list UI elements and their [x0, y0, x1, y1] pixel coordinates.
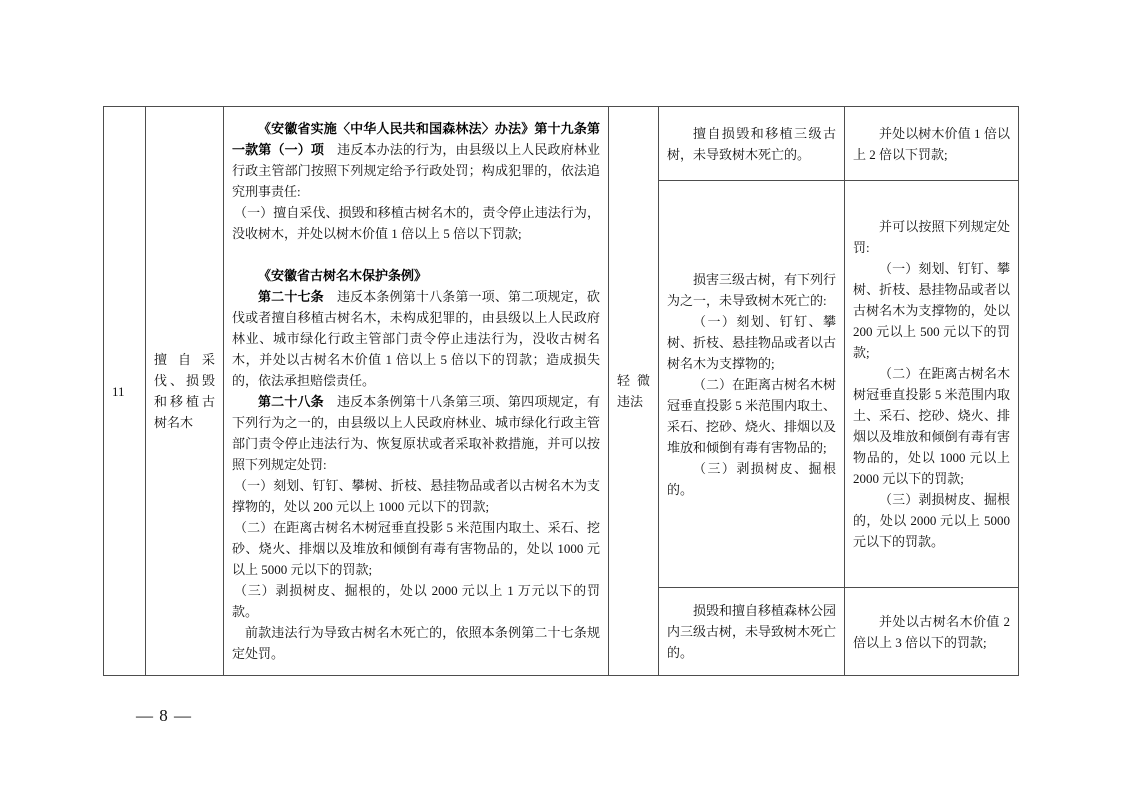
penalty-cell: 并处以古树名木价值 2 倍以上 3 倍以下的罚款; — [845, 588, 1019, 676]
scenario-cell: 损毁和擅自移植森林公园内三级古树，未导致树木死亡的。 — [659, 588, 845, 676]
paragraph: 并可以按照下列规定处罚: — [853, 216, 1010, 258]
paragraph: 前款违法行为导致古树名木死亡的，依照本条例第二十七条规定处罚。 — [232, 622, 600, 664]
paragraph: （一）刻划、钉钉、攀树、折枝、悬挂物品或者以古树名木为支撑物的，处以 200 元… — [232, 475, 600, 517]
paragraph: （二）在距离古树名木树冠垂直投影 5 米范围内取土、采石、挖砂、烧火、排烟以及堆… — [667, 374, 836, 458]
paragraph: （三）剥损树皮、掘根的，处以 2000 元以上 1 万元以下的罚款。 — [232, 580, 600, 622]
scenario-cell: 损害三级古树，有下列行为之一，未导致树木死亡的:（一）刻划、钉钉、攀树、折枝、悬… — [659, 181, 845, 588]
paragraph: （一）擅自采伐、损毁和移植古树名木的，责令停止违法行为，没收树木，并处以树木价值… — [232, 202, 600, 244]
paragraph: （二）在距离古树名木树冠垂直投影 5 米范围内取土、采石、挖砂、烧火、排烟以及堆… — [853, 363, 1010, 489]
scenario-cell: 擅自损毁和移植三级古树，未导致树木死亡的。 — [659, 107, 845, 181]
paragraph: 并处以古树名木价值 2 倍以上 3 倍以下的罚款; — [853, 611, 1010, 653]
paragraph: （三）剥损树皮、掘根的，处以 2000 元以上 5000 元以下的罚款。 — [853, 489, 1010, 552]
violation-name-cell: 擅自采伐、损毁和移植古树名木 — [146, 107, 224, 676]
paragraph: 第二十八条 违反本条例第十八条第三项、第四项规定，有下列行为之一的，由县级以上人… — [232, 391, 600, 475]
paragraph: （一）刻划、钉钉、攀树、折枝、悬挂物品或者以古树名木为支撑物的; — [667, 311, 836, 374]
paragraph: 第二十七条 违反本条例第十八条第一项、第二项规定，砍伐或者擅自移植古树名木，未构… — [232, 286, 600, 391]
paragraph: 损毁和擅自移植森林公园内三级古树，未导致树木死亡的。 — [667, 600, 836, 663]
sequence-number-cell: 11 — [104, 107, 146, 676]
penalty-cell: 并可以按照下列规定处罚:（一）刻划、钉钉、攀树、折枝、悬挂物品或者以古树名木为支… — [845, 181, 1019, 588]
paragraph: 《安徽省实施〈中华人民共和国森林法〉办法》第十九条第一款第（一）项 违反本办法的… — [232, 118, 600, 202]
paragraph: 并处以树木价值 1 倍以上 2 倍以下罚款; — [853, 123, 1010, 165]
paragraph: 《安徽省古树名木保护条例》 — [232, 265, 600, 286]
document-page: 11 擅自采伐、损毁和移植古树名木 《安徽省实施〈中华人民共和国森林法〉办法》第… — [0, 0, 1122, 793]
penalty-cell: 并处以树木价值 1 倍以上 2 倍以下罚款; — [845, 107, 1019, 181]
legal-basis-cell: 《安徽省实施〈中华人民共和国森林法〉办法》第十九条第一款第（一）项 违反本办法的… — [224, 107, 609, 676]
paragraph: 擅自损毁和移植三级古树，未导致树木死亡的。 — [667, 123, 836, 165]
paragraph: （三）剥损树皮、掘根的。 — [667, 458, 836, 500]
paragraph: （一）刻划、钉钉、攀树、折枝、悬挂物品或者以古树名木为支撑物的，处以 200 元… — [853, 258, 1010, 363]
page-number: — 8 — — [136, 706, 192, 726]
violation-category-cell: 轻微违法 — [609, 107, 659, 676]
paragraph: （二）在距离古树名木树冠垂直投影 5 米范围内取土、采石、挖砂、烧火、排烟以及堆… — [232, 517, 600, 580]
paragraph: 损害三级古树，有下列行为之一，未导致树木死亡的: — [667, 269, 836, 311]
penalty-rule-table: 11 擅自采伐、损毁和移植古树名木 《安徽省实施〈中华人民共和国森林法〉办法》第… — [103, 106, 1019, 676]
table-row: 11 擅自采伐、损毁和移植古树名木 《安徽省实施〈中华人民共和国森林法〉办法》第… — [104, 107, 1019, 181]
